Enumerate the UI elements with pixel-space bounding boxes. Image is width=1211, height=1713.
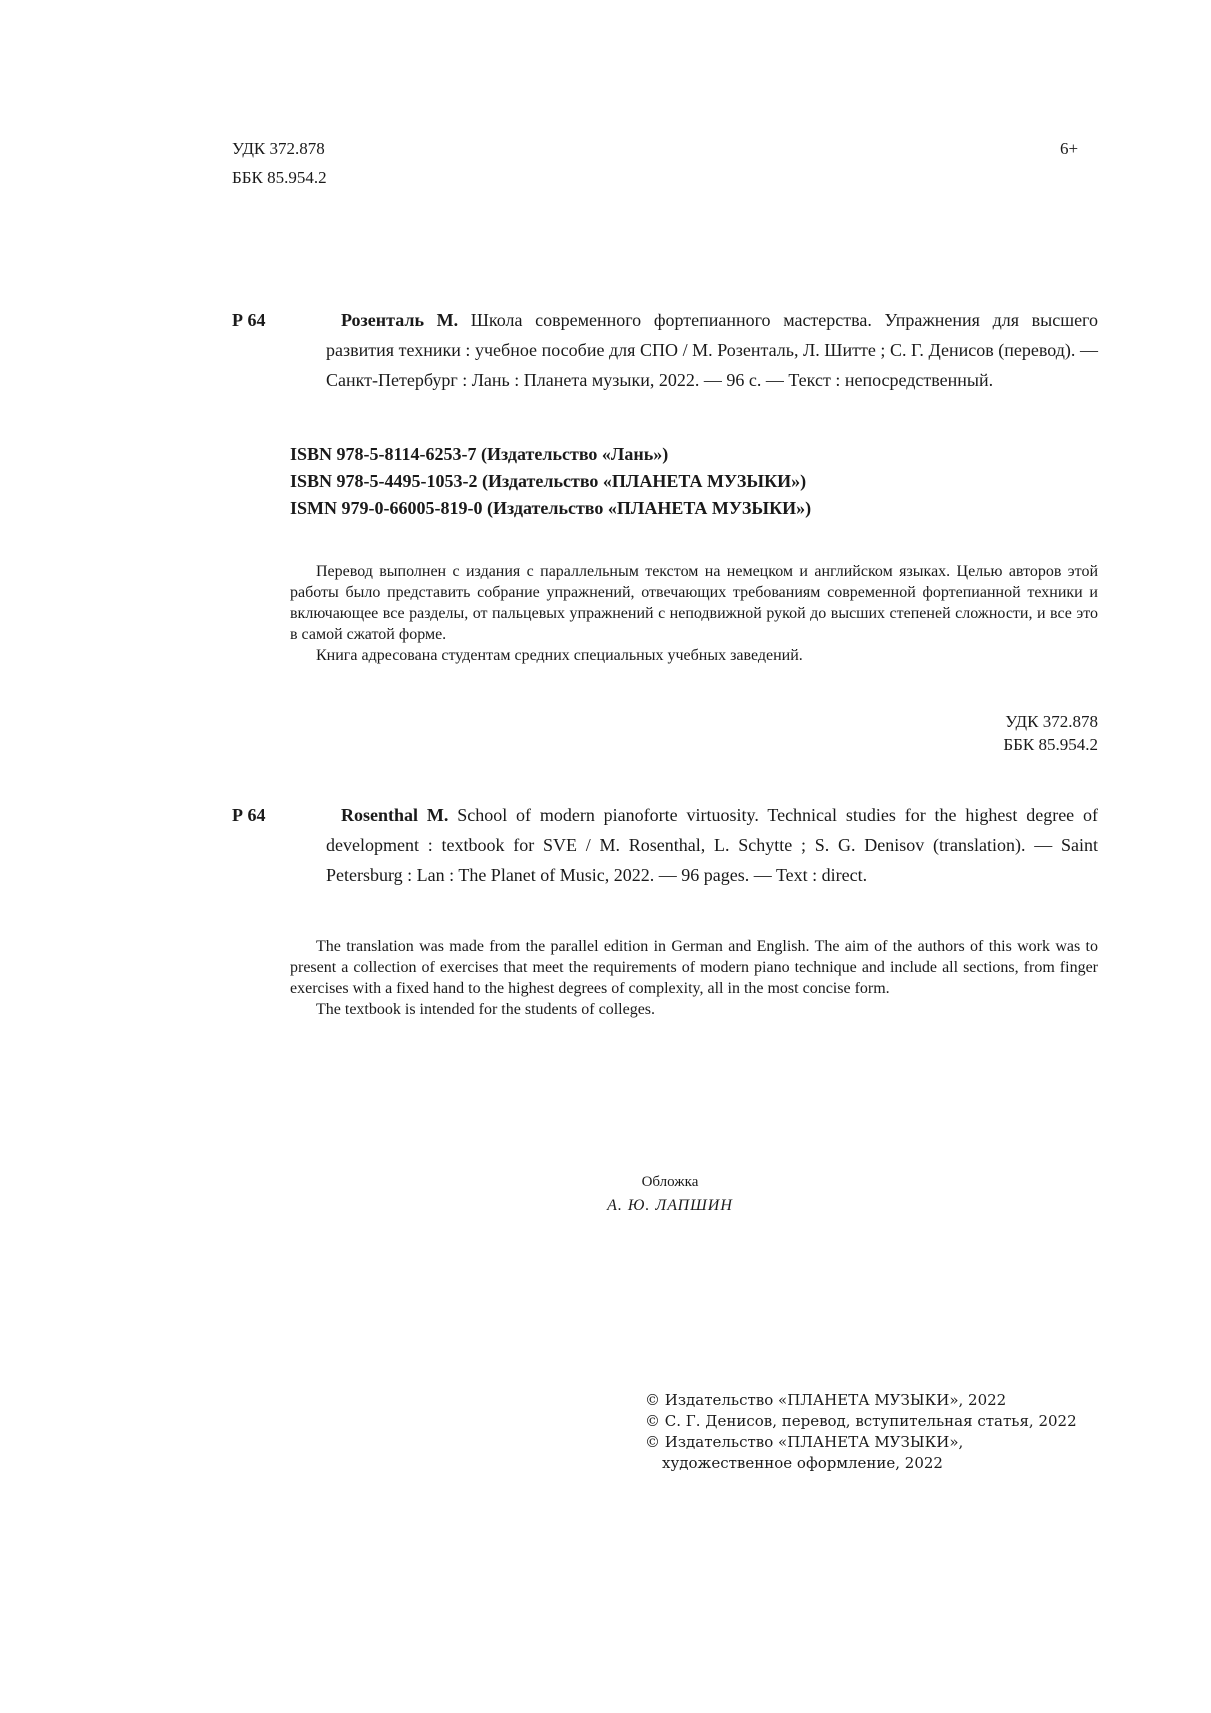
cover-credit: Обложка А. Ю. ЛАПШИН: [520, 1170, 820, 1218]
copyright-line: © Издательство «ПЛАНЕТА МУЗЫКИ», 2022: [645, 1390, 1077, 1411]
copyright-line: © С. Г. Денисов, перевод, вступительная …: [645, 1411, 1077, 1432]
annotation-paragraph: The translation was made from the parall…: [290, 936, 1098, 999]
udk-code: УДК 372.878: [232, 134, 327, 163]
russian-annotation: Перевод выполнен с издания с параллельны…: [290, 561, 1098, 666]
copyright-line-continued: художественное оформление, 2022: [645, 1453, 1077, 1474]
copyright-line: © Издательство «ПЛАНЕТА МУЗЫКИ»,: [645, 1432, 1077, 1453]
author-mark: Р 64: [232, 800, 266, 830]
classification-codes-right: УДК 372.878 ББК 85.954.2: [900, 710, 1098, 756]
english-annotation: The translation was made from the parall…: [290, 936, 1098, 1020]
copyright-block: © Издательство «ПЛАНЕТА МУЗЫКИ», 2022 © …: [645, 1390, 1077, 1474]
age-rating: 6+: [1060, 134, 1078, 163]
bbk-code: ББК 85.954.2: [232, 163, 327, 192]
annotation-audience: Книга адресована студентам средних специ…: [290, 645, 1098, 666]
english-bibliographic-entry: Р 64 Rosenthal M. School of modern piano…: [232, 800, 1098, 890]
cover-label: Обложка: [520, 1170, 820, 1194]
entry-author: Розенталь М.: [326, 310, 458, 330]
isbn-planeta: ISBN 978-5-4495-1053-2 (Издательство «ПЛ…: [290, 468, 811, 495]
entry-author: Rosenthal M.: [326, 805, 448, 825]
isbn-lan: ISBN 978-5-8114-6253-7 (Издательство «Ла…: [290, 441, 811, 468]
identifier-list: ISBN 978-5-8114-6253-7 (Издательство «Ла…: [290, 441, 811, 522]
classification-codes-top: УДК 372.878 ББК 85.954.2: [232, 134, 327, 192]
bbk-code: ББК 85.954.2: [900, 733, 1098, 756]
ismn-planeta: ISMN 979-0-66005-819-0 (Издательство «ПЛ…: [290, 495, 811, 522]
annotation-paragraph: Перевод выполнен с издания с параллельны…: [290, 561, 1098, 645]
annotation-audience: The textbook is intended for the student…: [290, 999, 1098, 1020]
russian-bibliographic-entry: Р 64 Розенталь М. Школа современного фор…: [232, 305, 1098, 395]
udk-code: УДК 372.878: [900, 710, 1098, 733]
author-mark: Р 64: [232, 305, 266, 335]
cover-designer: А. Ю. ЛАПШИН: [520, 1194, 820, 1218]
